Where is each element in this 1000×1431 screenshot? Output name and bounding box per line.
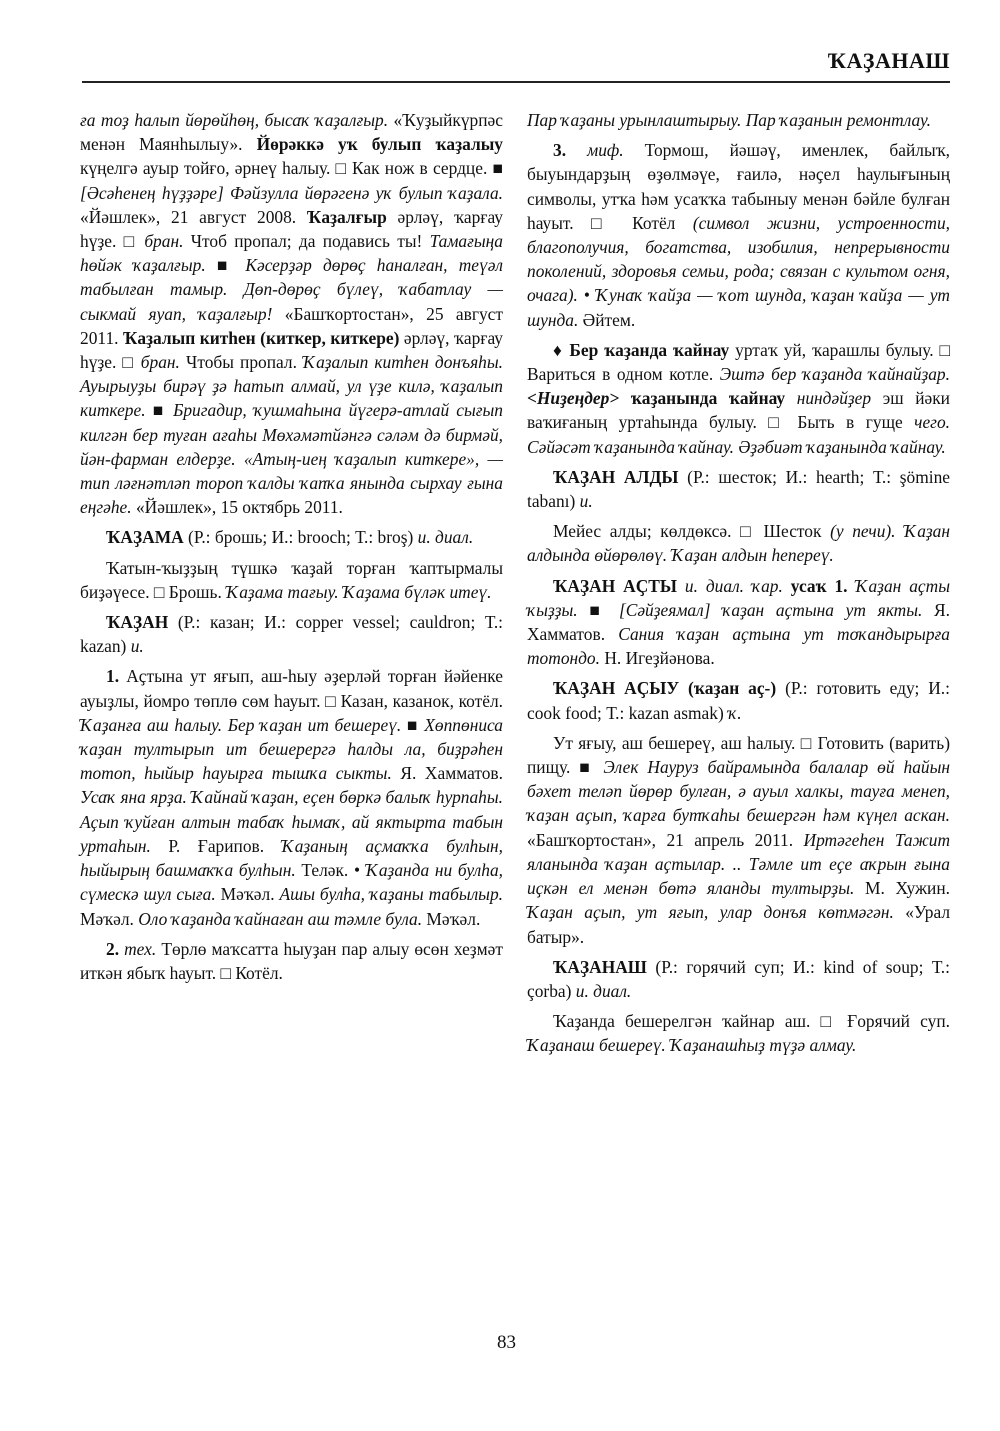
dictionary-sense: ♦ Бер ҡаҙанда ҡайнау уртаҡ уй, ҡарашлы б… — [527, 338, 950, 459]
dictionary-entry: ҠАҘАН АЛДЫ (Р.: шесток; И.: hearth; Т.: … — [527, 465, 950, 513]
dictionary-sense: 2. тех. Төрлө маҡсатта һыуҙан пар алыу ө… — [80, 937, 503, 985]
dictionary-entry: ҠАҘАМА (Р.: брошь; И.: brooch; Т.: broş)… — [80, 525, 503, 549]
right-column: Пар ҡаҙаны урынлаштырыу. Пар ҡаҙанын рем… — [527, 108, 950, 1058]
header-rule — [82, 81, 950, 83]
dictionary-sense: 1. Аҫтына ут яғып, аш-һыу әҙерләй торған… — [80, 664, 503, 930]
dictionary-continuation: Пар ҡаҙаны урынлаштырыу. Пар ҡаҙанын рем… — [527, 108, 950, 132]
dictionary-continuation: ға тоҙ һалып йөрөйһөң, бысаҡ ҡаҙалғыр. «… — [80, 108, 503, 519]
dictionary-sense: Ҡаҙанда бешерелгән ҡайнар аш. □ Ғорячий … — [527, 1009, 950, 1057]
dictionary-sense: Мейес алды; көлдөксә. □ Шесток (у печи).… — [527, 519, 950, 567]
dictionary-entry: ҠАҘАН АҪТЫ и. диал. ҡар. усаҡ 1. Ҡаҙан а… — [527, 574, 950, 671]
dictionary-entry: ҠАҘАН АҪЫУ (ҡаҙан аҫ-) (Р.: готовить еду… — [527, 676, 950, 724]
running-head: ҠАҘАНАШ — [828, 48, 950, 74]
dictionary-sense: Ҡатын-ҡыҙҙың түшкә ҡаҙай торған ҡаптырма… — [80, 556, 503, 604]
page-number: 83 — [497, 1332, 516, 1354]
dictionary-sense: Ут яғыу, аш бешереү, аш һалыу. □ Готовит… — [527, 731, 950, 949]
dictionary-entry: ҠАҘАН (Р.: казан; И.: copper vessel; cau… — [80, 610, 503, 658]
dictionary-sense: 3. миф. Тормош, йәшәү, именлек, байлыҡ, … — [527, 138, 950, 332]
left-column: ға тоҙ һалып йөрөйһөң, бысаҡ ҡаҙалғыр. «… — [80, 108, 503, 985]
dictionary-entry: ҠАҘАНАШ (Р.: горячий суп; И.: kind of so… — [527, 955, 950, 1003]
